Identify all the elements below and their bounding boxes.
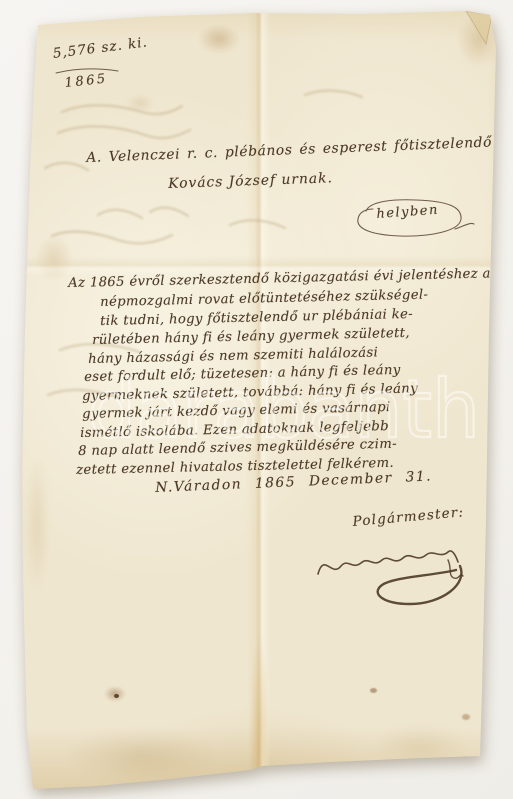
ink-speck: [462, 714, 470, 720]
signature-descender: [448, 560, 463, 578]
body-line: gyermek járt kezdő vagy elemi és vasárna…: [82, 400, 391, 422]
ink-speck: [114, 694, 119, 698]
stain: [126, 94, 154, 112]
stain: [198, 24, 240, 54]
stain: [26, 460, 48, 590]
delivery-note: helyben: [376, 203, 439, 222]
stain: [104, 686, 126, 702]
stain: [36, 236, 72, 280]
ink-speck: [370, 688, 377, 693]
signature-title: Polgármester:: [352, 504, 465, 530]
vertical-fold-crease-lower: [246, 561, 272, 771]
address-line-1: A. Velenczei r. c. plébános és esperest …: [86, 134, 492, 166]
reference-number: 5,576 sz. ki.: [52, 34, 149, 62]
body-line: eset fordult elő; tüzetesen: a hány fi é…: [84, 363, 401, 385]
photo-background: 5,576 sz. ki. 1865 A. Velenczei r. c. pl…: [0, 0, 513, 799]
stain: [372, 726, 468, 768]
stain: [66, 730, 216, 782]
reference-underline: [56, 69, 118, 73]
address-line-2: Kovács József urnak.: [168, 170, 333, 192]
document-paper: 5,576 sz. ki. 1865 A. Velenczei r. c. pl…: [0, 0, 513, 799]
stain: [458, 14, 500, 66]
body-line: tik tudni, hogy főtisztelendő ur plébáni…: [100, 307, 413, 329]
signature-underloop: [378, 566, 462, 604]
body-line: népmozgalmi rovat előtüntetéséhez szüksé…: [100, 288, 428, 310]
body-line: 8 nap alatt leendő szives megküldésére c…: [78, 437, 397, 459]
reference-year: 1865: [64, 71, 108, 90]
body-line: rületében hány fi és leány gyermek szüle…: [92, 326, 410, 348]
dog-ear-fold: [466, 11, 492, 44]
signature-flourish: [318, 551, 458, 574]
paper-shadow: 5,576 sz. ki. 1865 A. Velenczei r. c. pl…: [0, 0, 513, 799]
